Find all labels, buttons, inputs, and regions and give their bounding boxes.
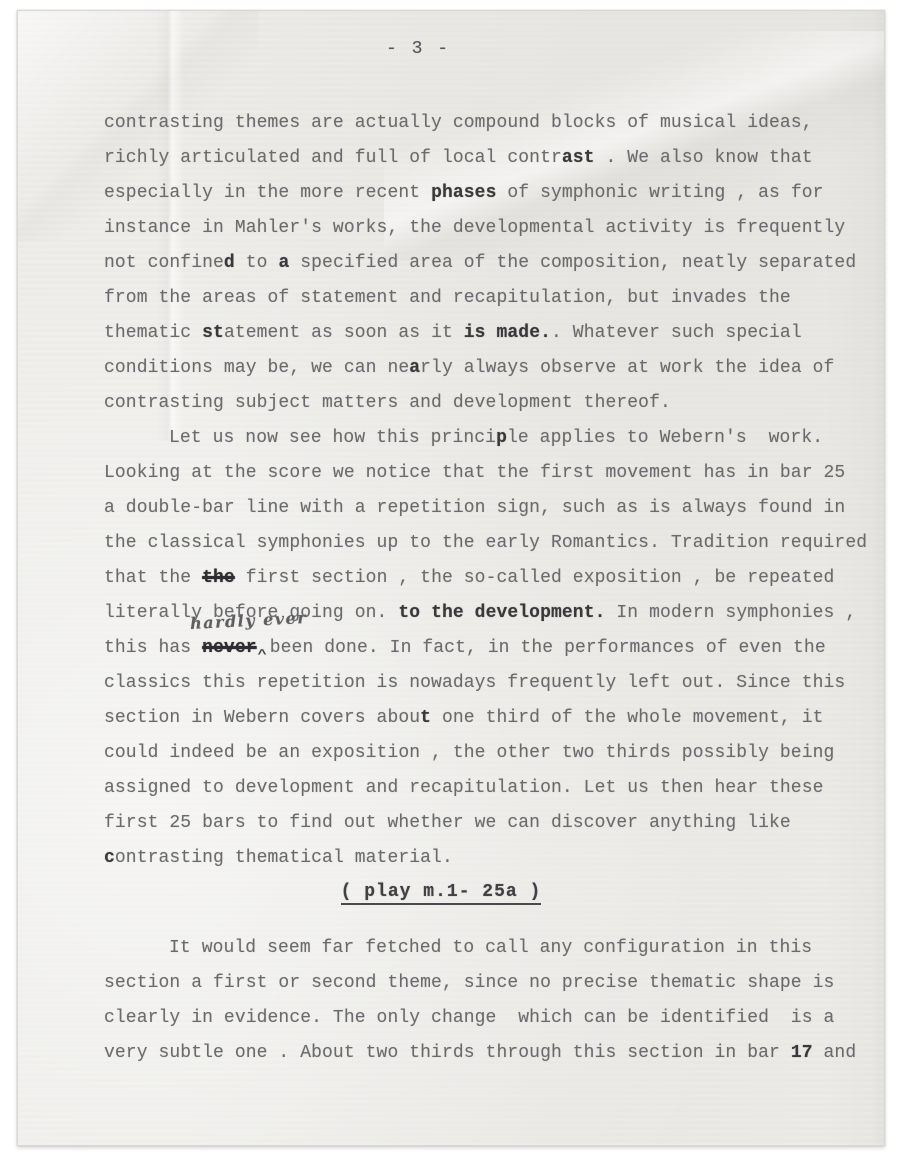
typed-text: 17 [791, 1043, 813, 1063]
typed-text: is made. [464, 323, 551, 343]
typed-line: thematic statement as soon as it is made… [104, 316, 880, 351]
typed-text: assigned to development and recapitulati… [104, 778, 824, 798]
typed-line: contrasting themes are actually compound… [104, 106, 880, 141]
typed-line: that the the first section , the so-call… [104, 561, 880, 596]
typed-text: thematic [104, 323, 202, 343]
typed-text: richly articulated and full of local con… [104, 148, 562, 168]
typed-text: specified area of the composition, neatl… [289, 253, 856, 273]
page-number: - 3 - [18, 39, 818, 59]
typed-line: instance in Mahler's works, the developm… [104, 211, 880, 246]
typed-text: t [420, 708, 431, 728]
typed-line: first 25 bars to find out whether we can… [104, 806, 880, 841]
typed-text: very subtle one . About two thirds throu… [104, 1043, 791, 1063]
typed-text: ontrasting thematical material. [115, 848, 453, 868]
typed-line: a double-bar line with a repetition sign… [104, 491, 880, 526]
typed-line: especially in the more recent phases of … [104, 176, 880, 211]
struck-word: neverhardly ever [202, 638, 257, 658]
typed-text: . We also know that [595, 148, 813, 168]
typed-line: from the areas of statement and recapitu… [104, 281, 880, 316]
typed-text: been done. In fact, in the performances … [270, 638, 826, 658]
typed-line: very subtle one . About two thirds throu… [104, 1036, 880, 1071]
typed-line: could indeed be an exposition , the othe… [104, 736, 880, 771]
typed-text: p [496, 428, 507, 448]
typed-text: especially in the more recent [104, 183, 431, 203]
paragraph: It would seem far fetched to call any co… [104, 931, 880, 1071]
typed-text: to [235, 253, 279, 273]
typed-text: classics this repetition is nowadays fre… [104, 673, 845, 693]
typed-text: section a first or second theme, since n… [104, 973, 834, 993]
typed-text: contrasting subject matters and developm… [104, 393, 671, 413]
typed-line: conditions may be, we can nearly always … [104, 351, 880, 386]
typed-text: this has [104, 638, 202, 658]
body-text: contrasting themes are actually compound… [104, 106, 880, 876]
typed-line: section a first or second theme, since n… [104, 966, 880, 1001]
typed-text: rly always observe at work the idea of [420, 358, 834, 378]
typed-text: d [224, 253, 235, 273]
typed-text: the classical symphonies up to the early… [104, 533, 867, 553]
typed-text: of symphonic writing , as for [496, 183, 823, 203]
typed-text: phases [431, 183, 496, 203]
typed-line: the classical symphonies up to the early… [104, 526, 880, 561]
typed-text: Let us now see how this princi [169, 428, 496, 448]
typed-text: one third of the whole movement, it [431, 708, 823, 728]
typed-line: assigned to development and recapitulati… [104, 771, 880, 806]
typed-text: It would seem far fetched to call any co… [169, 938, 812, 958]
typed-line: classics this repetition is nowadays fre… [104, 666, 880, 701]
typed-text: first section , the so-called exposition… [235, 568, 835, 588]
insertion-caret-icon: ^ [258, 641, 267, 669]
typed-line: Let us now see how this principle applie… [104, 421, 880, 456]
typed-text: le applies to Webern's work. [507, 428, 823, 448]
typed-text: could indeed be an exposition , the othe… [104, 743, 834, 763]
typed-line: clearly in evidence. The only change whi… [104, 1001, 880, 1036]
typed-text: Looking at the score we notice that the … [104, 463, 845, 483]
typed-text: instance in Mahler's works, the developm… [104, 218, 845, 238]
typed-text: contrasting themes are actually compound… [104, 113, 813, 133]
typed-text: atement as soon as it [224, 323, 464, 343]
typed-text: a double-bar line with a repetition sign… [104, 498, 845, 518]
typed-text: first 25 bars to find out whether we can… [104, 813, 791, 833]
handwritten-insertion: hardly ever [189, 600, 308, 641]
typed-line: It would seem far fetched to call any co… [104, 931, 880, 966]
typed-line: this has neverhardly ever^been done. In … [104, 631, 880, 666]
typed-text: not confine [104, 253, 224, 273]
typed-line: not confined to a specified area of the … [104, 246, 880, 281]
typed-line: contrasting subject matters and developm… [104, 386, 880, 421]
scanned-page: - 3 - contrasting themes are actually co… [17, 10, 885, 1146]
paragraph: Let us now see how this principle applie… [104, 421, 880, 876]
typed-line: section in Webern covers about one third… [104, 701, 880, 736]
typed-text: st [202, 323, 224, 343]
typed-text: a [409, 358, 420, 378]
typed-text: clearly in evidence. The only change whi… [104, 1008, 834, 1028]
typed-text: from the areas of statement and recapitu… [104, 288, 791, 308]
typed-text: ast [562, 148, 595, 168]
typed-text: a [278, 253, 289, 273]
typed-text: In modern symphonies , [606, 603, 857, 623]
typed-text: that the [104, 568, 202, 588]
typed-line: Looking at the score we notice that the … [104, 456, 880, 491]
typed-line: richly articulated and full of local con… [104, 141, 880, 176]
play-cue-heading: ( play m.1- 25a ) [18, 875, 864, 910]
paragraph: contrasting themes are actually compound… [104, 106, 880, 421]
typed-text: and [813, 1043, 857, 1063]
struck-word: the [202, 568, 235, 588]
typed-text: conditions may be, we can ne [104, 358, 409, 378]
typed-text: . Whatever such special [551, 323, 802, 343]
typed-text: to the development. [398, 603, 605, 623]
typed-text: section in Webern covers abou [104, 708, 420, 728]
typed-line: contrasting thematical material. [104, 841, 880, 876]
play-cue-text: ( play m.1- 25a ) [341, 882, 542, 905]
typed-text: c [104, 848, 115, 868]
